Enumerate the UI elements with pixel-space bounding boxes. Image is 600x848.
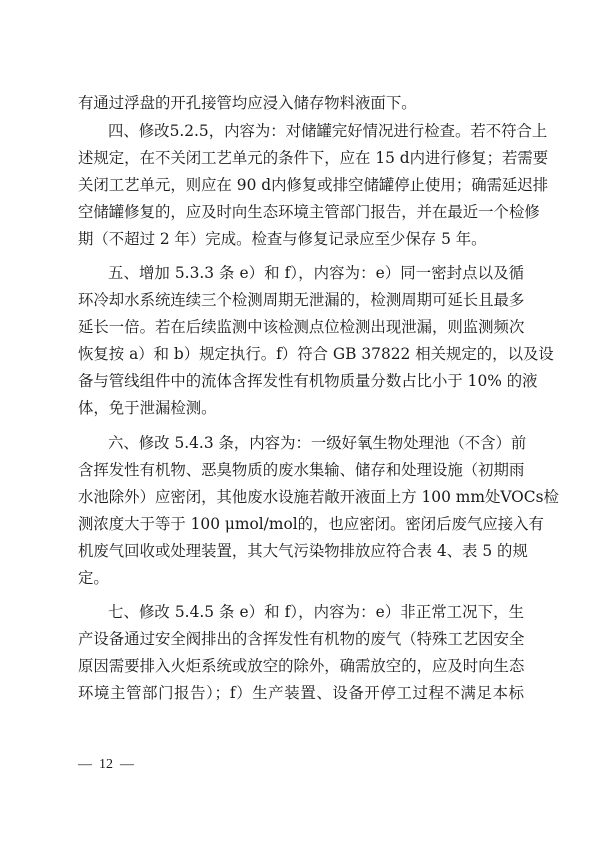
paragraph-line: 测浓度大于等于 100 μmol/mol的，也应密闭。密闭后废气应接入有 — [78, 513, 524, 535]
paragraph-line: 期（不超过 2 年）完成。检查与修复记录应至少保存 5 年。 — [78, 228, 524, 250]
paragraph-heading-line-6: 六、修改 5.4.3 条，内容为：一级好氧生物处理池（不含）前 — [108, 432, 524, 454]
paragraph-heading-line-7: 七、修改 5.4.5 条 e）和 f），内容为：e）非正常工况下，生 — [108, 601, 524, 623]
paragraph-line: 原因需要排入火炬系统或放空的除外，确需放空的，应及时向生态 — [78, 655, 524, 677]
paragraph-line: 有通过浮盘的开孔接管均应浸入储存物料液面下。 — [78, 92, 524, 114]
paragraph-line: 体，免于泄漏检测。 — [78, 397, 524, 419]
paragraph-line: 备与管线组件中的流体含挥发性有机物质量分数占比小于 10% 的液 — [78, 370, 524, 392]
paragraph-heading-line-5: 五、增加 5.3.3 条 e）和 f），内容为：e）同一密封点以及循 — [108, 262, 524, 284]
paragraph-line: 关闭工艺单元，则应在 90 d内修复或排空储罐停止使用；确需延迟排 — [78, 174, 524, 196]
paragraph-line: 延长一倍。若在后续监测中该检测点位检测出现泄漏，则监测频次 — [78, 316, 524, 338]
paragraph-line: 环境主管部门报告）；f）生产装置、设备开停工过程不满足本标 — [78, 682, 524, 704]
paragraph-heading-line-4: 四、修改5.2.5，内容为：对储罐完好情况进行检查。若不符合上 — [108, 120, 524, 142]
paragraph-line: 含挥发性有机物、恶臭物质的废水集输、储存和处理设施（初期雨 — [78, 459, 524, 481]
paragraph-line: 空储罐修复的，应及时向生态环境主管部门报告，并在最近一个检修 — [78, 201, 524, 223]
paragraph-line: 机废气回收或处理装置，其大气污染物排放应符合表 4、表 5 的规 — [78, 540, 524, 562]
paragraph-line: 水池除外）应密闭，其他废水设施若敞开液面上方 100 mm处VOCs检 — [78, 486, 524, 508]
page-number: — 12 — — [78, 755, 134, 775]
paragraph-line: 述规定，在不关闭工艺单元的条件下，应在 15 d内进行修复；若需要 — [78, 147, 524, 169]
paragraph-line: 产设备通过安全阀排出的含挥发性有机物的废气（特殊工艺因安全 — [78, 628, 524, 650]
paragraph-line: 定。 — [78, 567, 524, 589]
document-page: 有通过浮盘的开孔接管均应浸入储存物料液面下。 四、修改5.2.5，内容为：对储罐… — [0, 0, 600, 848]
paragraph-line: 恢复按 a）和 b）规定执行。f）符合 GB 37822 相关规定的，以及设 — [78, 343, 524, 365]
paragraph-line: 环冷却水系统连续三个检测周期无泄漏的，检测周期可延长且最多 — [78, 289, 524, 311]
